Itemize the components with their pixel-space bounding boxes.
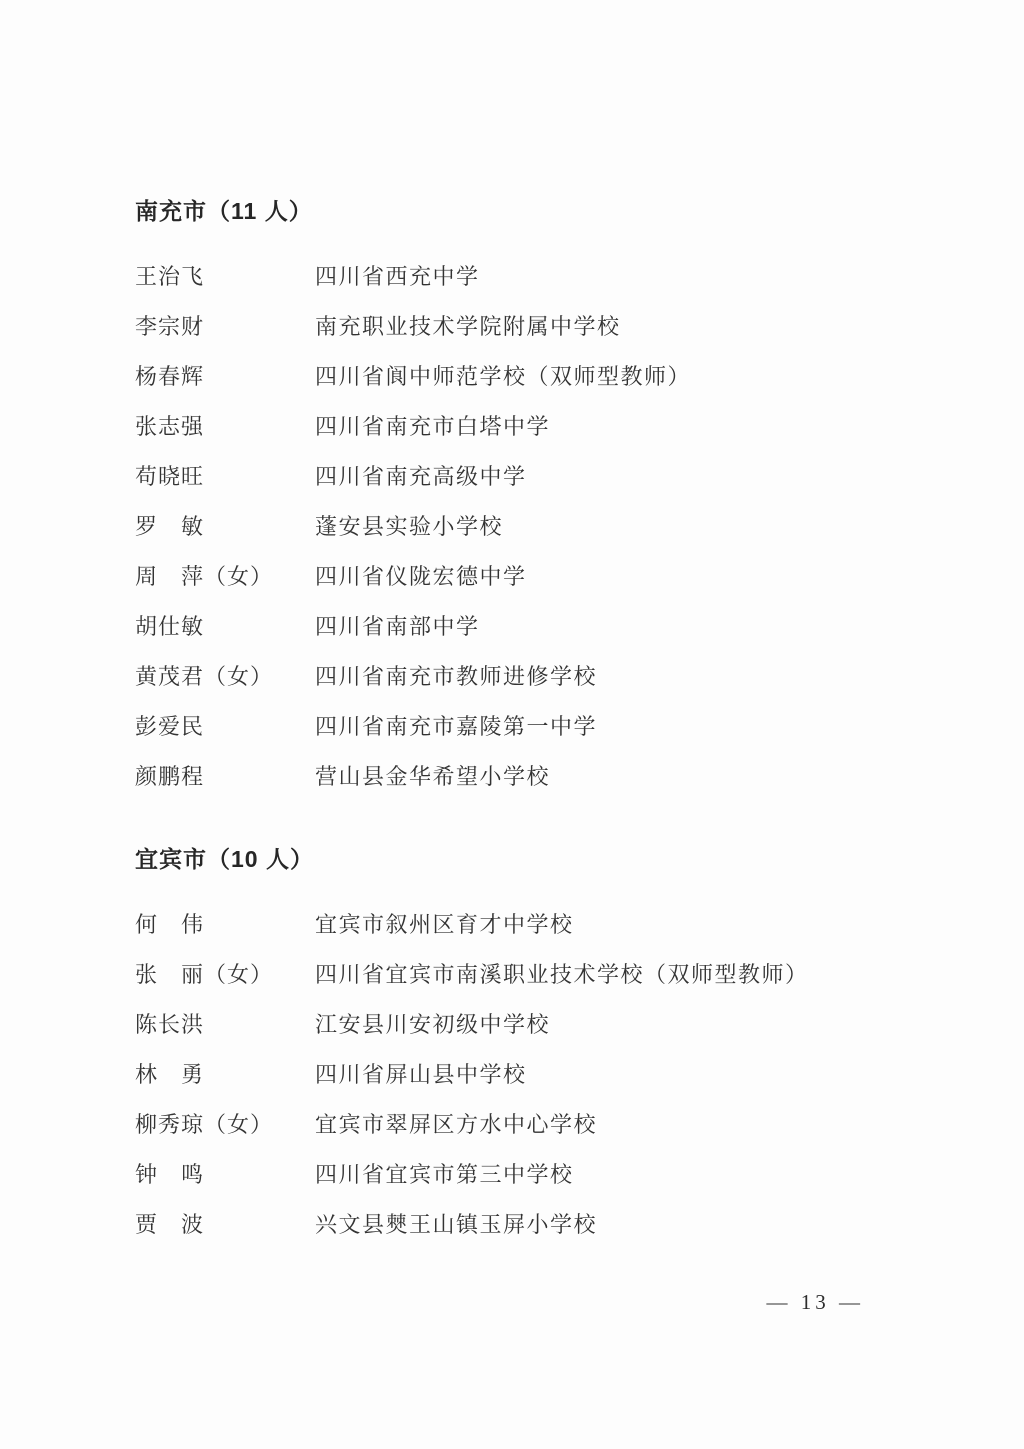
entry-name: 张 丽（女） — [135, 958, 315, 989]
entry-name: 罗 敏 — [135, 510, 315, 541]
table-row: 钟 鸣 四川省宜宾市第三中学校 — [135, 1148, 924, 1198]
entry-name: 杨春辉 — [135, 360, 315, 391]
entry-school: 四川省阆中师范学校（双师型教师） — [315, 360, 924, 391]
section-title: 南充市（11 人） — [135, 197, 924, 225]
entry-name: 王治飞 — [135, 260, 315, 291]
table-row: 柳秀琼（女） 宜宾市翠屏区方水中心学校 — [135, 1098, 924, 1148]
entry-school: 四川省南部中学 — [315, 610, 924, 641]
entry-school: 四川省南充市教师进修学校 — [315, 660, 924, 691]
entry-school: 江安县川安初级中学校 — [315, 1008, 924, 1039]
section-yibin: 宜宾市（10 人） 何 伟 宜宾市叙州区育才中学校 张 丽（女） 四川省宜宾市南… — [135, 845, 924, 1248]
entry-school: 四川省仪陇宏德中学 — [315, 560, 924, 591]
entry-name: 陈长洪 — [135, 1008, 315, 1039]
table-row: 彭爱民 四川省南充市嘉陵第一中学 — [135, 700, 924, 750]
entry-name: 彭爱民 — [135, 710, 315, 741]
entry-school: 宜宾市叙州区育才中学校 — [315, 908, 924, 939]
entry-school: 宜宾市翠屏区方水中心学校 — [315, 1108, 924, 1139]
entry-name: 苟晓旺 — [135, 460, 315, 491]
table-row: 贾 波 兴文县僰王山镇玉屏小学校 — [135, 1198, 924, 1248]
table-row: 罗 敏 蓬安县实验小学校 — [135, 500, 924, 550]
entry-school: 南充职业技术学院附属中学校 — [315, 310, 924, 341]
table-row: 张志强 四川省南充市白塔中学 — [135, 400, 924, 450]
table-row: 林 勇 四川省屏山县中学校 — [135, 1048, 924, 1098]
entry-name: 黄茂君（女） — [135, 660, 315, 691]
entry-name: 李宗财 — [135, 310, 315, 341]
entry-school: 四川省宜宾市南溪职业技术学校（双师型教师） — [315, 958, 924, 989]
table-row: 颜鹏程 营山县金华希望小学校 — [135, 750, 924, 800]
table-row: 胡仕敏 四川省南部中学 — [135, 600, 924, 650]
entry-name: 张志强 — [135, 410, 315, 441]
entry-name: 柳秀琼（女） — [135, 1108, 315, 1139]
entry-name: 胡仕敏 — [135, 610, 315, 641]
entry-name: 贾 波 — [135, 1208, 315, 1239]
entry-name: 钟 鸣 — [135, 1158, 315, 1189]
section-title: 宜宾市（10 人） — [135, 845, 924, 873]
entry-name: 颜鹏程 — [135, 760, 315, 791]
section-nanchong: 南充市（11 人） 王治飞 四川省西充中学 李宗财 南充职业技术学院附属中学校 … — [135, 197, 924, 800]
table-row: 周 萍（女） 四川省仪陇宏德中学 — [135, 550, 924, 600]
entry-school: 四川省南充市白塔中学 — [315, 410, 924, 441]
entry-school: 四川省宜宾市第三中学校 — [315, 1158, 924, 1189]
table-row: 黄茂君（女） 四川省南充市教师进修学校 — [135, 650, 924, 700]
table-row: 何 伟 宜宾市叙州区育才中学校 — [135, 898, 924, 948]
entry-name: 林 勇 — [135, 1058, 315, 1089]
entry-name: 何 伟 — [135, 908, 315, 939]
entry-school: 营山县金华希望小学校 — [315, 760, 924, 791]
table-row: 杨春辉 四川省阆中师范学校（双师型教师） — [135, 350, 924, 400]
entry-school: 兴文县僰王山镇玉屏小学校 — [315, 1208, 924, 1239]
document-page: 南充市（11 人） 王治飞 四川省西充中学 李宗财 南充职业技术学院附属中学校 … — [0, 0, 1024, 1449]
entry-name: 周 萍（女） — [135, 560, 315, 591]
table-row: 王治飞 四川省西充中学 — [135, 250, 924, 300]
page-number: — 13 — — [767, 1290, 865, 1315]
table-row: 张 丽（女） 四川省宜宾市南溪职业技术学校（双师型教师） — [135, 948, 924, 998]
entry-school: 四川省南充高级中学 — [315, 460, 924, 491]
page-content: 南充市（11 人） 王治飞 四川省西充中学 李宗财 南充职业技术学院附属中学校 … — [0, 0, 1024, 1248]
table-row: 陈长洪 江安县川安初级中学校 — [135, 998, 924, 1048]
entry-school: 四川省南充市嘉陵第一中学 — [315, 710, 924, 741]
table-row: 李宗财 南充职业技术学院附属中学校 — [135, 300, 924, 350]
entry-school: 四川省屏山县中学校 — [315, 1058, 924, 1089]
entry-school: 四川省西充中学 — [315, 260, 924, 291]
entry-school: 蓬安县实验小学校 — [315, 510, 924, 541]
table-row: 苟晓旺 四川省南充高级中学 — [135, 450, 924, 500]
